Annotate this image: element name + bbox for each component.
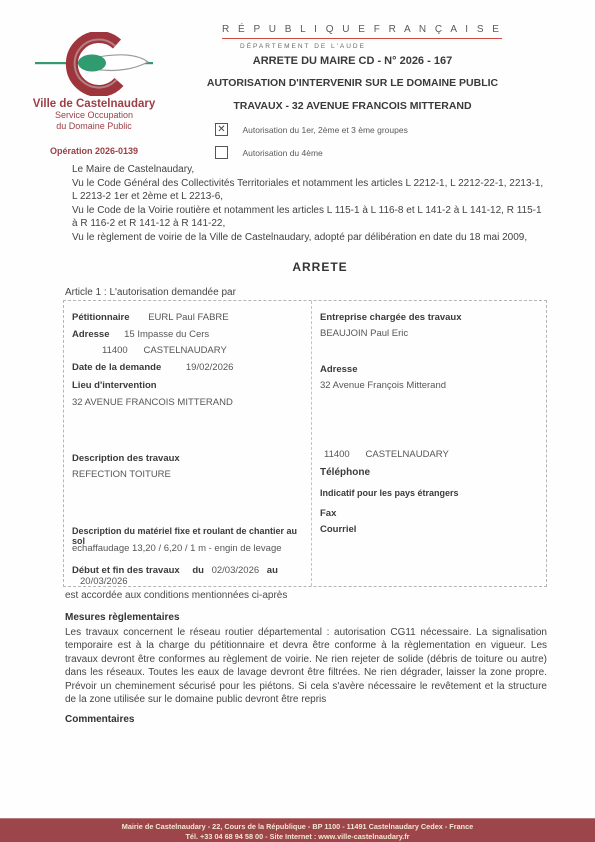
petitionnaire-value: EURL Paul FABRE: [148, 312, 228, 323]
checkbox-group-123: ✕: [215, 123, 228, 136]
lieu-intervention-label: Lieu d'intervention: [72, 380, 307, 391]
fax-label: Fax: [320, 508, 542, 519]
autorisation-title: AUTORISATION D'INTERVENIR SUR LE DOMAINE…: [180, 77, 525, 89]
service-line-1: Service Occupation: [14, 110, 174, 121]
arrete-heading: ARRETE: [0, 260, 595, 274]
description-travaux-label: Description des travaux: [72, 453, 307, 464]
entreprise-label: Entreprise chargée des travaux: [320, 312, 542, 323]
telephone-label: Téléphone: [320, 467, 542, 478]
checkbox-group-4: [215, 146, 228, 159]
arrete-number-title: ARRETE DU MAIRE CD - N° 2026 - 167: [180, 55, 525, 67]
adresse-row: Adresse 15 Impasse du Cers: [72, 329, 307, 340]
city-name: Ville de Castelnaudary: [14, 98, 174, 110]
petitionnaire-label: Pétitionnaire: [72, 312, 130, 323]
checkbox-row-group-4: Autorisation du 4ème: [215, 144, 323, 158]
city-brand-block: Ville de Castelnaudary Service Occupatio…: [14, 32, 174, 156]
au-label: au: [267, 565, 278, 576]
preamble-line-maire: Le Maire de Castelnaudary,: [72, 163, 544, 177]
lieu-intervention-value: 32 AVENUE FRANCOIS MITTERAND: [72, 397, 307, 408]
debut-fin-label: Début et fin des travaux: [72, 565, 180, 576]
debut-fin-travaux-row: Début et fin des travaux du 02/03/2026 a…: [72, 565, 307, 587]
checkbox-row-group-123: ✕ Autorisation du 1er, 2ème et 3 ème gro…: [215, 121, 408, 135]
adresse-value: 15 Impasse du Cers: [124, 329, 209, 340]
document-page: Ville de Castelnaudary Service Occupatio…: [0, 0, 595, 842]
republique-francaise-title: R É P U B L I Q U E F R A N Ç A I S E: [222, 24, 502, 39]
operation-number: Opération 2026-0139: [14, 146, 174, 156]
travaux-address-title: TRAVAUX - 32 AVENUE FRANCOIS MITTERAND: [180, 100, 525, 112]
service-line-2: du Domaine Public: [14, 121, 174, 132]
authorization-form-table: Pétitionnaire EURL Paul FABRE Adresse 15…: [63, 300, 547, 587]
checkbox-group-123-label: Autorisation du 1er, 2ème et 3 ème group…: [242, 125, 407, 135]
mairie-footer-band: Mairie de Castelnaudary - 22, Cours de l…: [0, 818, 595, 842]
footer-address-line: Mairie de Castelnaudary - 22, Cours de l…: [0, 822, 595, 832]
description-travaux-value: REFECTION TOITURE: [72, 469, 307, 480]
courriel-label: Courriel: [320, 524, 542, 535]
date-demande-row: Date de la demande 19/02/2026: [72, 362, 307, 373]
mesures-reglementaires-heading: Mesures règlementaires: [65, 612, 180, 623]
entreprise-value: BEAUJOIN Paul Eric: [320, 328, 542, 339]
company-column: Entreprise chargée des travaux BEAUJOIN …: [311, 301, 546, 586]
preamble-vu-cgct: Vu le Code Général des Collectivités Ter…: [72, 177, 544, 204]
entreprise-adresse-label: Adresse: [320, 364, 542, 375]
preamble-block: Le Maire de Castelnaudary, Vu le Code Gé…: [72, 163, 544, 245]
date-debut-value: 02/03/2026: [212, 565, 260, 576]
du-label: du: [192, 565, 204, 576]
commentaires-heading: Commentaires: [65, 714, 134, 725]
petitionnaire-row: Pétitionnaire EURL Paul FABRE: [72, 312, 307, 323]
mesures-reglementaires-text: Les travaux concernent le réseau routier…: [65, 626, 547, 706]
checkbox-group-4-label: Autorisation du 4ème: [242, 148, 322, 158]
petitioner-column: Pétitionnaire EURL Paul FABRE Adresse 15…: [64, 301, 311, 586]
date-demande-label: Date de la demande: [72, 362, 161, 373]
cp-ville-value: 11400 CASTELNAUDARY: [72, 345, 307, 356]
entreprise-adresse-value: 32 Avenue François Mitterand: [320, 380, 542, 391]
date-fin-value: 20/03/2026: [80, 576, 128, 587]
materiel-value: echaffaudage 13,20 / 6,20 / 1 m - engin …: [72, 543, 307, 554]
date-demande-value: 19/02/2026: [186, 362, 234, 373]
preamble-vu-voirie: Vu le Code de la Voirie routière et nota…: [72, 204, 544, 231]
entreprise-cp-ville-value: 11400 CASTELNAUDARY: [320, 449, 542, 460]
preamble-vu-reglement: Vu le règlement de voirie de la Ville de…: [72, 231, 544, 245]
adresse-label: Adresse: [72, 329, 110, 340]
castelnaudary-logo-icon: [14, 32, 174, 96]
indicatif-label: Indicatif pour les pays étrangers: [320, 488, 542, 498]
article-1-line: Article 1 : L'autorisation demandée par: [65, 287, 236, 298]
departement-subtitle: DÉPARTEMENT DE L'AUDE: [240, 43, 366, 50]
footer-contact-line: Tél. +33 04 68 94 58 00 - Site Internet …: [0, 832, 595, 842]
accordee-conditions-line: est accordée aux conditions mentionnées …: [65, 590, 287, 601]
